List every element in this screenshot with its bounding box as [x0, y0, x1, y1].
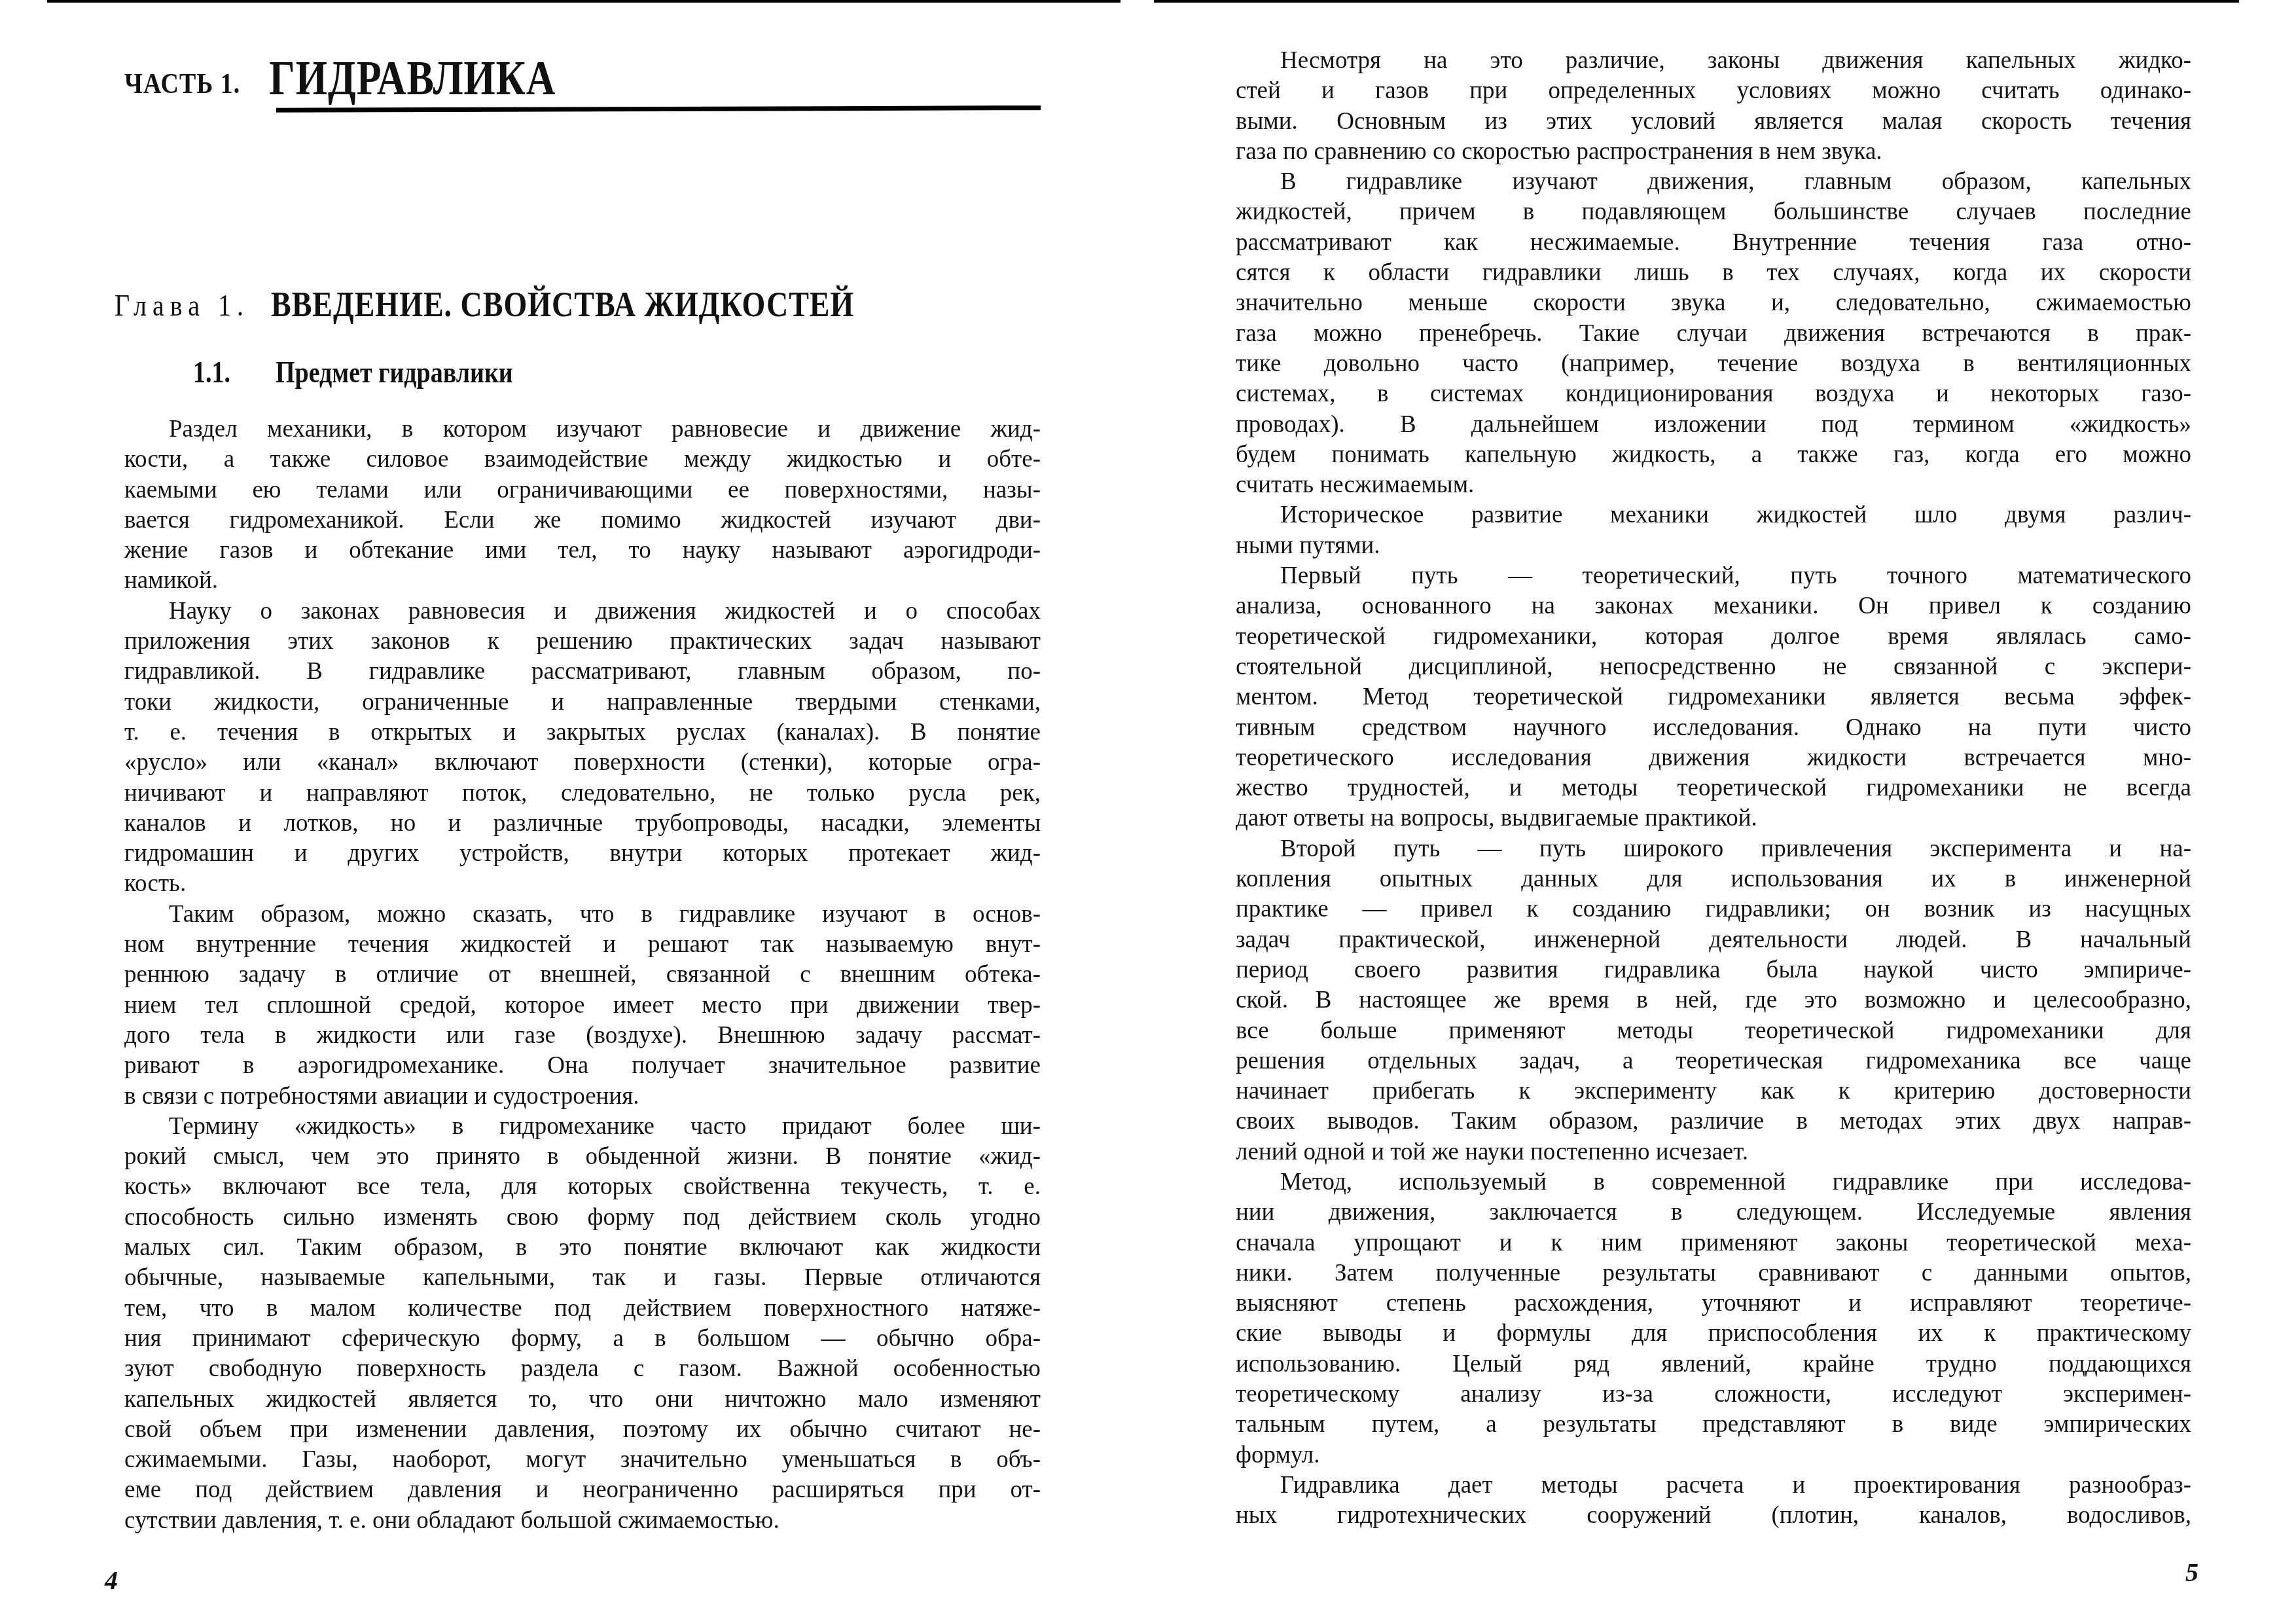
left-page: ЧАСТЬ 1. ГИДРАВЛИКА Глава 1. ВВЕДЕНИЕ. С… — [0, 0, 1148, 1623]
text-line: тем, что в малом количестве под действие… — [124, 1294, 1041, 1324]
text-line: рассматривают как несжимаемые. Внутренни… — [1236, 228, 2191, 258]
text-line: период своего развития гидравлика была н… — [1236, 955, 2191, 985]
text-line: кость» включают все тела, для которых св… — [124, 1172, 1041, 1202]
text-line: сначала упрощают и к ним применяют закон… — [1236, 1228, 2191, 1258]
text-line: проводах). В дальнейшем изложении под те… — [1236, 410, 2191, 440]
text-line: капельных жидкостей является то, что они… — [124, 1385, 1041, 1415]
paragraph: Метод, используемый в современной гидрав… — [1236, 1167, 2191, 1470]
text-line: ники. Затем полученные результаты сравни… — [1236, 1258, 2191, 1288]
text-line: ские выводы и формулы для приспособления… — [1236, 1319, 2191, 1349]
text-line: Гидравлика дает методы расчета и проекти… — [1236, 1470, 2191, 1501]
text-line: задач практической, инженерной деятельно… — [1236, 925, 2191, 955]
text-line: теоретическому анализу из-за сложности, … — [1236, 1379, 2191, 1410]
page-number: 5 — [2185, 1557, 2198, 1588]
text-line: стоятельной дисциплиной, непосредственно… — [1236, 652, 2191, 682]
text-line: в связи с потребностями авиации и судост… — [124, 1082, 1041, 1112]
text-line: копления опытных данных для использовани… — [1236, 864, 2191, 894]
text-line: нием тел сплошной средой, которое имеет … — [124, 991, 1041, 1021]
text-line: гидромашин и других устройств, внутри ко… — [124, 839, 1041, 869]
text-line: приложения этих законов к решению практи… — [124, 627, 1041, 657]
text-line: значительно меньше скорости звука и, сле… — [1236, 288, 2191, 318]
text-line: сутствии давления, т. е. они обладают бо… — [124, 1506, 1041, 1536]
paragraph: Раздел механики, в котором изучают равно… — [124, 414, 1041, 596]
text-line: тике довольно часто (например, течение в… — [1236, 349, 2191, 379]
text-line: способность сильно изменять свою форму п… — [124, 1203, 1041, 1233]
section-number: 1.1. — [193, 356, 273, 391]
text-line: выясняют степень расхождения, уточняют и… — [1236, 1288, 2191, 1319]
text-line: будем понимать капельную жидкость, а так… — [1236, 440, 2191, 470]
text-line: тивным средством научного исследования. … — [1236, 713, 2191, 743]
text-line: намикой. — [124, 566, 1041, 596]
text-line: нии движения, заключается в следующем. И… — [1236, 1197, 2191, 1228]
text-line: жество трудностей, и методы теоретическо… — [1236, 773, 2191, 803]
text-line: тальным путем, а результаты представляют… — [1236, 1410, 2191, 1440]
text-line: каемыми ею телами или ограничивающими ее… — [124, 475, 1041, 505]
text-line: теоретической гидромеханики, которая дол… — [1236, 622, 2191, 652]
paragraph: Второй путь — путь широкого привлечения … — [1236, 834, 2191, 1167]
text-line: сжимаемыми. Газы, наоборот, могут значит… — [124, 1445, 1041, 1475]
text-line: токи жидкости, ограниченные и направленн… — [124, 687, 1041, 718]
text-line: гидравликой. В гидравлике рассматривают,… — [124, 657, 1041, 687]
text-line: ничивают и направляют поток, следователь… — [124, 778, 1041, 809]
text-line: формул. — [1236, 1440, 2191, 1470]
text-line: практике — привел к созданию гидравлики;… — [1236, 894, 2191, 924]
text-line: ных гидротехнических сооружений (плотин,… — [1236, 1501, 2191, 1531]
paragraph: Гидравлика дает методы расчета и проекти… — [1236, 1470, 2191, 1531]
text-line: считать несжимаемым. — [1236, 470, 2191, 500]
paragraph: В гидравлике изучают движения, главным о… — [1236, 167, 2191, 500]
text-line: т. е. течения в открытых и закрытых русл… — [124, 718, 1041, 748]
text-line: все больше применяют методы теоретическо… — [1236, 1016, 2191, 1046]
text-line: зуют свободную поверхность раздела с газ… — [124, 1354, 1041, 1384]
text-line: ментом. Метод теоретической гидромеханик… — [1236, 682, 2191, 712]
text-line: газа по сравнению со скоростью распростр… — [1236, 137, 2191, 167]
text-line: рокий смысл, чем это принято в обыденной… — [124, 1142, 1041, 1172]
text-line: жидкостей, причем в подавляющем большинс… — [1236, 197, 2191, 227]
text-line: Раздел механики, в котором изучают равно… — [124, 414, 1041, 445]
text-line: сятся к области гидравлики лишь в тех сл… — [1236, 258, 2191, 288]
paragraph: Несмотря на это различие, законы движени… — [1236, 46, 2191, 167]
text-line: решения отдельных задач, а теоретическая… — [1236, 1046, 2191, 1076]
text-line: кость. — [124, 869, 1041, 899]
text-line: своих выводов. Таким образом, различие в… — [1236, 1106, 2191, 1137]
part-heading: ЧАСТЬ 1. ГИДРАВЛИКА — [124, 56, 556, 102]
text-line: ской. В настоящее же время в ней, где эт… — [1236, 985, 2191, 1015]
text-line: кости, а также силовое взаимодействие ме… — [124, 445, 1041, 475]
text-line: выми. Основным из этих условий является … — [1236, 107, 2191, 137]
text-line: Науку о законах равновесия и движения жи… — [124, 596, 1041, 627]
chapter-title: ВВЕДЕНИЕ. СВОЙСТВА ЖИДКОСТЕЙ — [271, 283, 854, 325]
text-line: использованию. Целый ряд явлений, крайне… — [1236, 1349, 2191, 1379]
right-page: Несмотря на это различие, законы движени… — [1148, 0, 2296, 1623]
text-line: ными путями. — [1236, 531, 2191, 561]
text-line: лений одной и той же науки постепенно ис… — [1236, 1137, 2191, 1167]
part-title: ГИДРАВЛИКА — [269, 51, 556, 107]
page-number: 4 — [105, 1565, 118, 1596]
paragraph: Науку о законах равновесия и движения жи… — [124, 596, 1041, 900]
left-body-text: Раздел механики, в котором изучают равно… — [124, 414, 1041, 1536]
text-line: обычные, называемые капельными, так и га… — [124, 1263, 1041, 1293]
text-line: теоретического исследования движения жид… — [1236, 743, 2191, 773]
paragraph: Первый путь — теоретический, путь точног… — [1236, 561, 2191, 834]
text-line: Первый путь — теоретический, путь точног… — [1236, 561, 2191, 591]
text-line: дают ответы на вопросы, выдвигаемые прак… — [1236, 803, 2191, 833]
chapter-label: Глава 1. — [115, 287, 268, 323]
right-body-text: Несмотря на это различие, законы движени… — [1236, 46, 2191, 1531]
text-line: В гидравлике изучают движения, главным о… — [1236, 167, 2191, 197]
text-line: ривают в аэрогидромеханике. Она получает… — [124, 1051, 1041, 1081]
text-line: еме под действием давления и неограничен… — [124, 1475, 1041, 1505]
text-line: системах, в системах кондиционирования в… — [1236, 379, 2191, 409]
text-line: Термину «жидкость» в гидромеханике часто… — [124, 1112, 1041, 1142]
text-line: Несмотря на это различие, законы движени… — [1236, 46, 2191, 76]
text-line: стей и газов при определенных условиях м… — [1236, 76, 2191, 106]
paragraph: Историческое развитие механики жидкостей… — [1236, 500, 2191, 561]
paragraph: Термину «жидкость» в гидромеханике часто… — [124, 1112, 1041, 1536]
chapter-heading: Глава 1. ВВЕДЕНИЕ. СВОЙСТВА ЖИДКОСТЕЙ — [115, 287, 854, 321]
text-line: «русло» или «канал» включают поверхности… — [124, 748, 1041, 778]
section-title: Предмет гидравлики — [276, 356, 513, 391]
text-line: газа можно пренебречь. Такие случаи движ… — [1236, 319, 2191, 349]
text-line: вается гидромеханикой. Если же помимо жи… — [124, 505, 1041, 536]
text-line: малых сил. Таким образом, в это понятие … — [124, 1233, 1041, 1263]
section-heading: 1.1. Предмет гидравлики — [193, 359, 513, 388]
text-line: анализа, основанного на законах механики… — [1236, 591, 2191, 621]
text-line: Метод, используемый в современной гидрав… — [1236, 1167, 2191, 1197]
text-line: дого тела в жидкости или газе (воздухе).… — [124, 1021, 1041, 1051]
text-line: свой объем при изменении давления, поэто… — [124, 1415, 1041, 1445]
text-line: Историческое развитие механики жидкостей… — [1236, 500, 2191, 530]
paragraph: Таким образом, можно сказать, что в гидр… — [124, 900, 1041, 1112]
text-line: реннюю задачу в отличие от внешней, связ… — [124, 960, 1041, 990]
text-line: Второй путь — путь широкого привлечения … — [1236, 834, 2191, 864]
text-line: ния принимают сферическую форму, а в бол… — [124, 1324, 1041, 1354]
text-line: жение газов и обтекание ими тел, то наук… — [124, 536, 1041, 566]
part-label: ЧАСТЬ 1. — [124, 67, 240, 101]
text-line: каналов и лотков, но и различные трубопр… — [124, 809, 1041, 839]
text-line: начинает прибегать к эксперименту как к … — [1236, 1076, 2191, 1106]
text-line: ном внутренние течения жидкостей и решаю… — [124, 930, 1041, 960]
text-line: Таким образом, можно сказать, что в гидр… — [124, 900, 1041, 930]
